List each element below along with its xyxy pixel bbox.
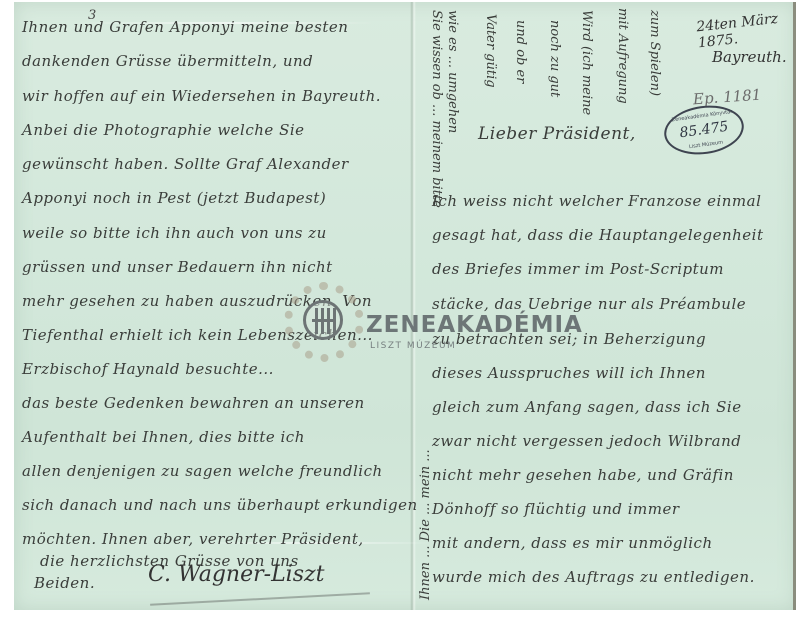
letter-line: dankenden Grüsse übermitteln, und xyxy=(22,52,402,70)
letter-line: gewünscht haben. Sollte Graf Alexander xyxy=(22,155,402,173)
letter-line: zwar nicht vergessen jedoch Wilbrand xyxy=(432,432,792,450)
letter-line: Ich weiss nicht welcher Franzose einmal xyxy=(432,192,792,210)
letter-line: grüssen und unser Bedauern ihn nicht xyxy=(22,258,402,276)
letter-line: allen denjenigen zu sagen welche freundl… xyxy=(22,462,402,480)
margin-note-vertical: Ihnen ... Die ... mein ... xyxy=(418,449,433,600)
watermark-title: ZENEAKADÉMIA xyxy=(366,312,583,338)
margin-note-vertical: Wird (ich meine xyxy=(579,10,594,115)
letter-line: weile so bitte ich ihn auch von uns zu xyxy=(22,224,402,242)
margin-note-vertical: und ob er xyxy=(513,20,528,83)
letter-line: Dönhoff so flüchtig und immer xyxy=(432,500,792,518)
margin-note-vertical: Vater gütig xyxy=(483,14,498,88)
letter-line: gesagt hat, dass die Hauptangelegenheit xyxy=(432,226,792,244)
letter-line: das beste Gedenken bewahren an unseren xyxy=(22,394,402,412)
letter-line: Anbei die Photographie welche Sie xyxy=(22,121,402,139)
margin-note-vertical: zum Spielen) xyxy=(647,10,662,96)
letter-line: stäcke, das Uebrige nur als Préambule xyxy=(432,295,792,313)
center-fold xyxy=(410,2,416,610)
signature: C. Wagner-Liszt xyxy=(148,562,324,587)
letter-line: dieses Ausspruches will ich Ihnen xyxy=(432,364,792,382)
letter-line: nicht mehr gesehen habe, und Gräfin xyxy=(432,466,792,484)
margin-note-vertical: noch zu gut xyxy=(547,20,562,97)
place-line: Bayreuth. xyxy=(712,48,787,66)
letter-line: möchten. Ihnen aber, verehrter Präsident… xyxy=(22,530,402,548)
letter-line: Ihnen und Grafen Apponyi meine besten xyxy=(22,18,402,36)
zeneakademia-logo-icon xyxy=(303,300,343,340)
paper-edge-shadow xyxy=(793,2,796,610)
letter-line: Apponyi noch in Pest (jetzt Budapest) xyxy=(22,189,402,207)
letter-line: Erzbischof Haynald besuchte... xyxy=(22,360,402,378)
letter-line: des Briefes immer im Post-Scriptum xyxy=(432,260,792,278)
margin-note-vertical: wie es ... umgehen xyxy=(445,10,460,133)
margin-note-vertical: Sie wissen ob ... meinem bitte xyxy=(429,10,444,208)
letter-line: wir hoffen auf ein Wiedersehen in Bayreu… xyxy=(22,87,402,105)
letter-line: sich danach und nach uns überhaupt erkun… xyxy=(22,496,402,514)
letter-line: Aufenthalt bei Ihnen, dies bitte ich xyxy=(22,428,402,446)
salutation: Lieber Präsident, xyxy=(478,124,636,144)
watermark-subtitle: LISZT MÚZEUM xyxy=(370,341,456,351)
letter-line: gleich zum Anfang sagen, dass ich Sie xyxy=(432,398,792,416)
margin-note-vertical: mit Aufregung xyxy=(615,8,630,104)
letter-line: mit andern, dass es mir unmöglich xyxy=(432,534,792,552)
letter-line: wurde mich des Auftrags zu entledigen. xyxy=(432,568,792,586)
